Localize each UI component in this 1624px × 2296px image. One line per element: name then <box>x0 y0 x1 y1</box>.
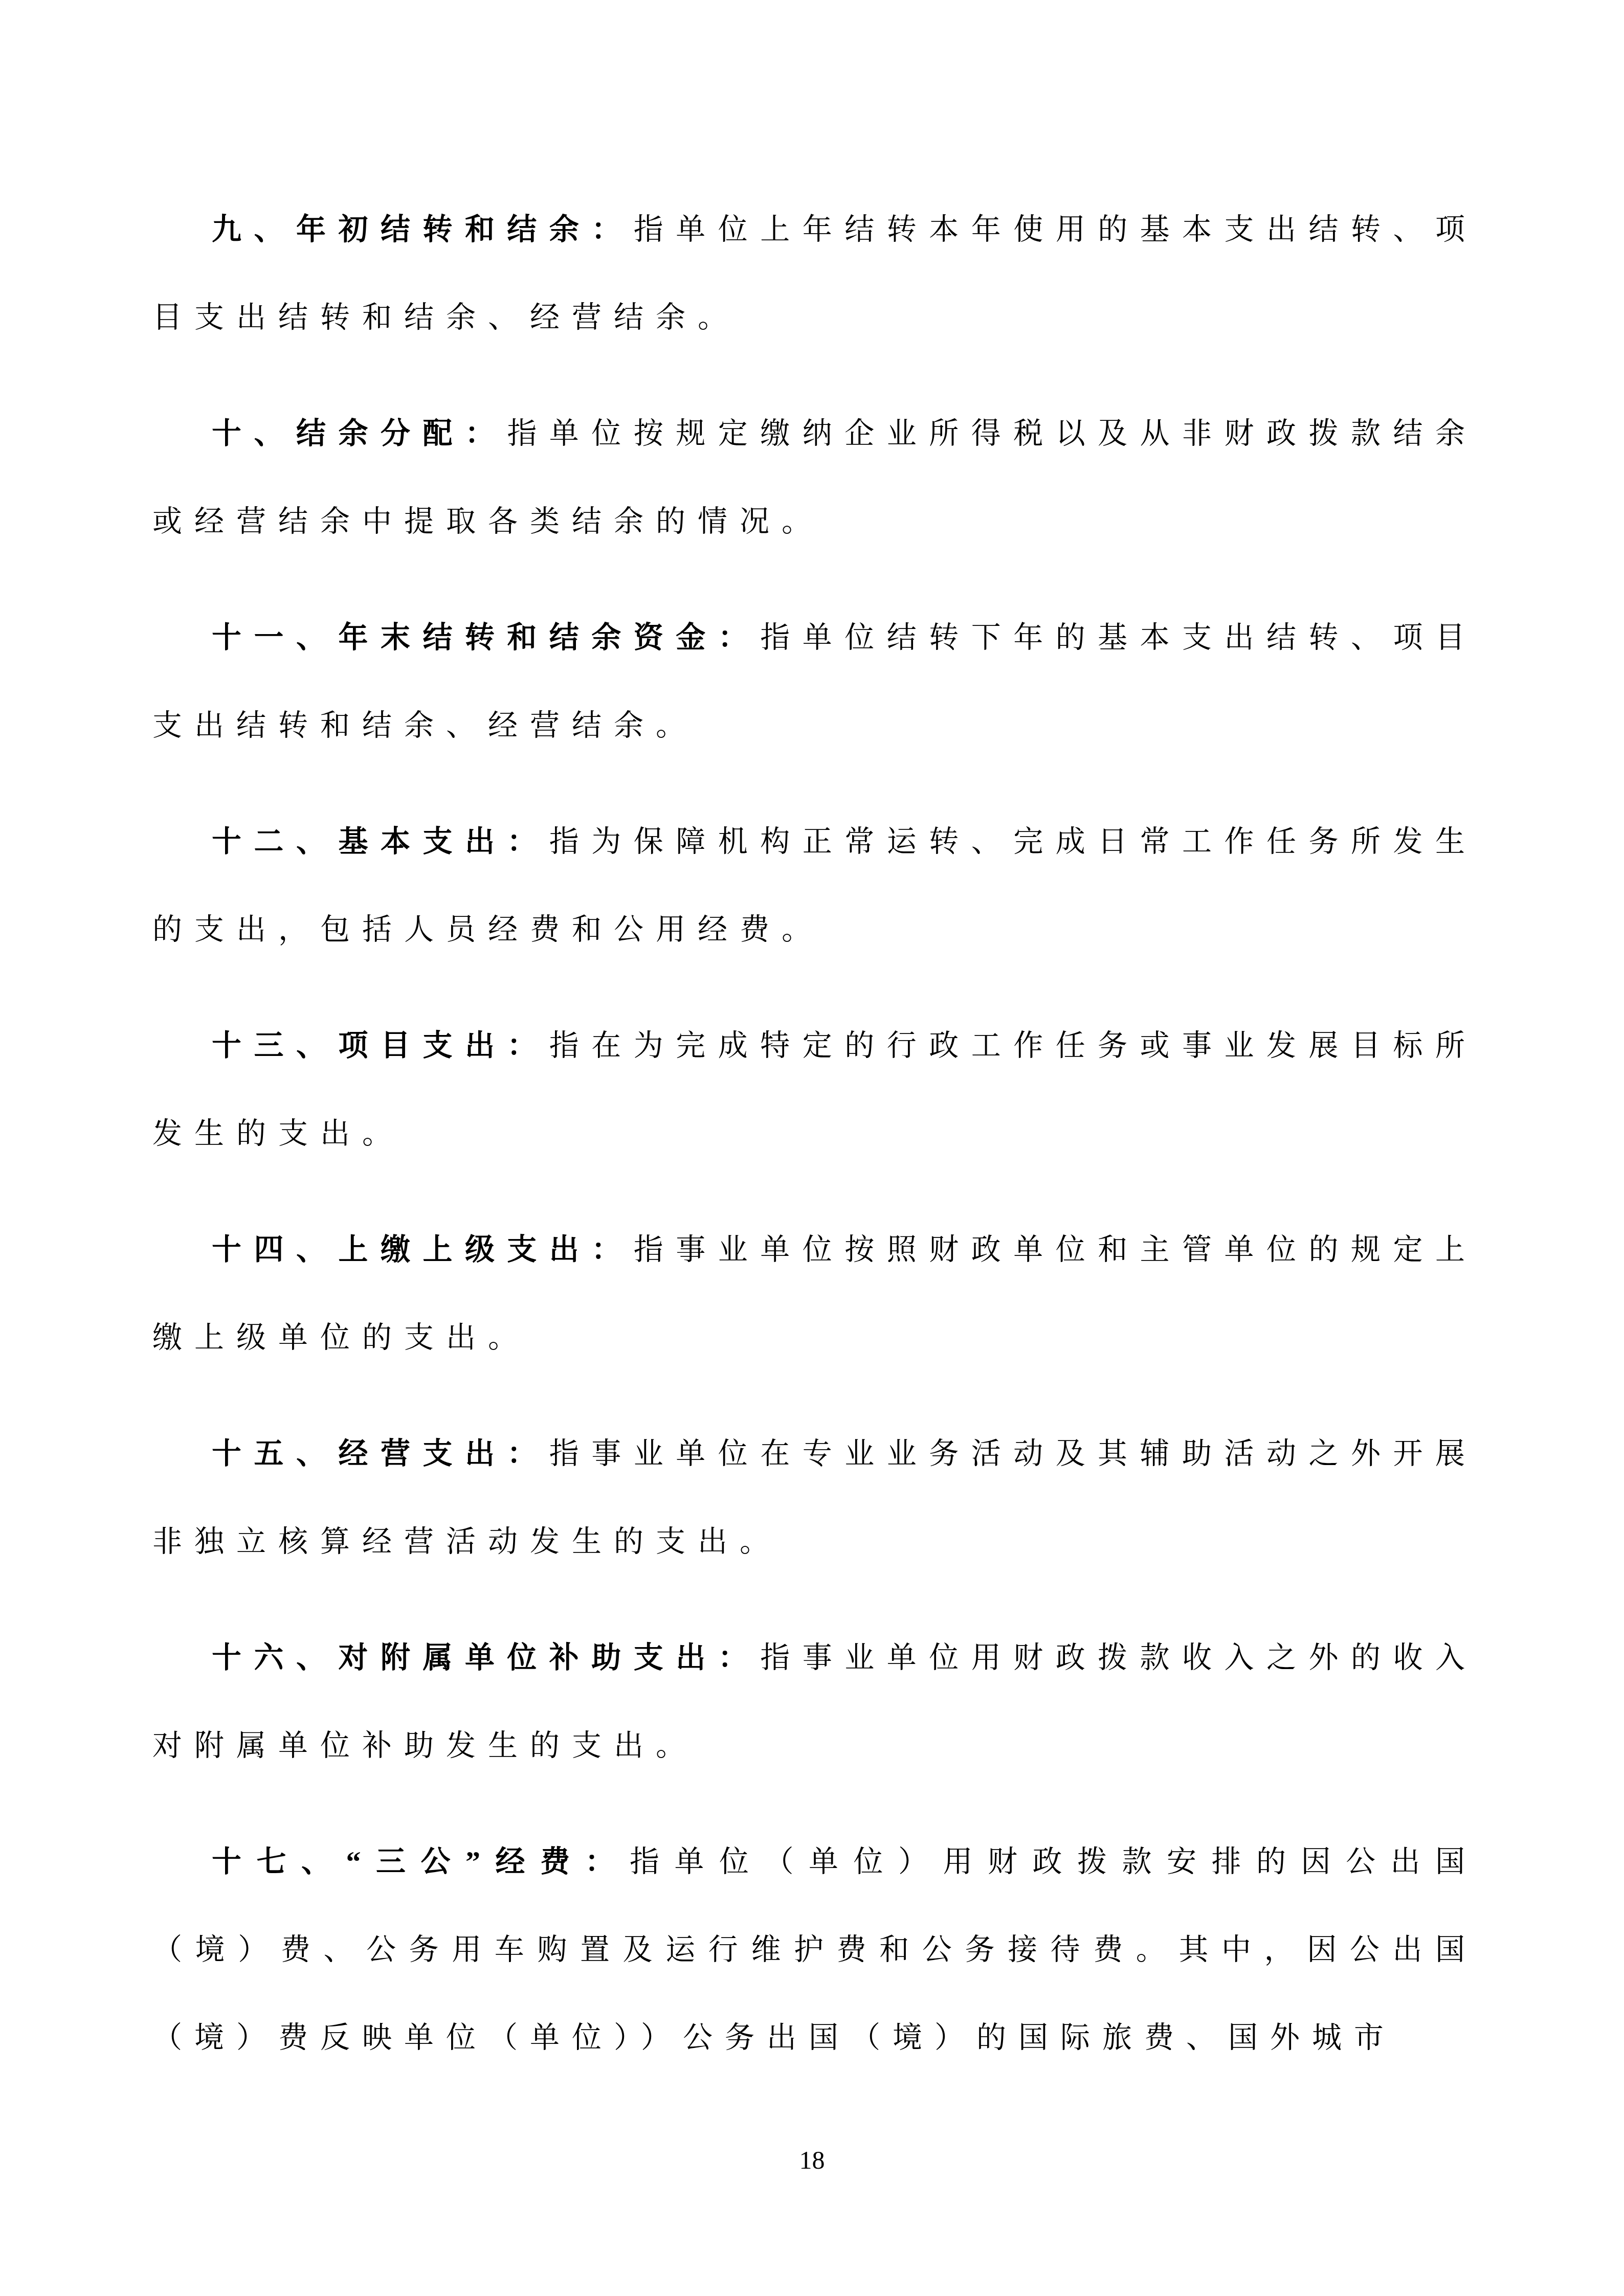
term-label: 九、年初结转和结余： <box>212 213 634 246</box>
term-label: 十一、年末结转和结余资金： <box>212 621 760 654</box>
definition-paragraph: 十、结余分配：指单位按规定缴纳企业所得税以及从非财政拨款结余或经营结余中提取各类… <box>152 390 1477 566</box>
definition-paragraph: 十七、“三公”经费：指单位（单位）用财政拨款安排的因公出国（境）费、公务用车购置… <box>152 1818 1477 2082</box>
definition-paragraph: 十六、对附属单位补助支出：指事业单位用财政拨款收入之外的收入对附属单位补助发生的… <box>152 1614 1477 1790</box>
term-label: 十六、对附属单位补助支出： <box>212 1641 760 1674</box>
term-label: 十、结余分配： <box>212 417 507 450</box>
definition-paragraph: 十二、基本支出：指为保障机构正常运转、完成日常工作任务所发生的支出，包括人员经费… <box>152 798 1477 974</box>
definition-paragraph: 九、年初结转和结余：指单位上年结转本年使用的基本支出结转、项目支出结转和结余、经… <box>152 186 1477 362</box>
term-label: 十七、“三公”经费： <box>212 1845 630 1878</box>
definition-paragraph: 十三、项目支出：指在为完成特定的行政工作任务或事业发展目标所发生的支出。 <box>152 1002 1477 1178</box>
term-label: 十四、上缴上级支出： <box>212 1233 634 1266</box>
definition-paragraph: 十一、年末结转和结余资金：指单位结转下年的基本支出结转、项目支出结转和结余、经营… <box>152 594 1477 770</box>
document-page: 九、年初结转和结余：指单位上年结转本年使用的基本支出结转、项目支出结转和结余、经… <box>0 0 1624 2296</box>
page-number: 18 <box>0 2145 1624 2175</box>
page-content: 九、年初结转和结余：指单位上年结转本年使用的基本支出结转、项目支出结转和结余、经… <box>152 186 1477 2110</box>
definition-paragraph: 十四、上缴上级支出：指事业单位按照财政单位和主管单位的规定上缴上级单位的支出。 <box>152 1206 1477 1382</box>
term-label: 十三、项目支出： <box>212 1029 549 1062</box>
term-label: 十二、基本支出： <box>212 825 549 858</box>
term-label: 十五、经营支出： <box>212 1437 549 1470</box>
definition-paragraph: 十五、经营支出：指事业单位在专业业务活动及其辅助活动之外开展非独立核算经营活动发… <box>152 1410 1477 1586</box>
